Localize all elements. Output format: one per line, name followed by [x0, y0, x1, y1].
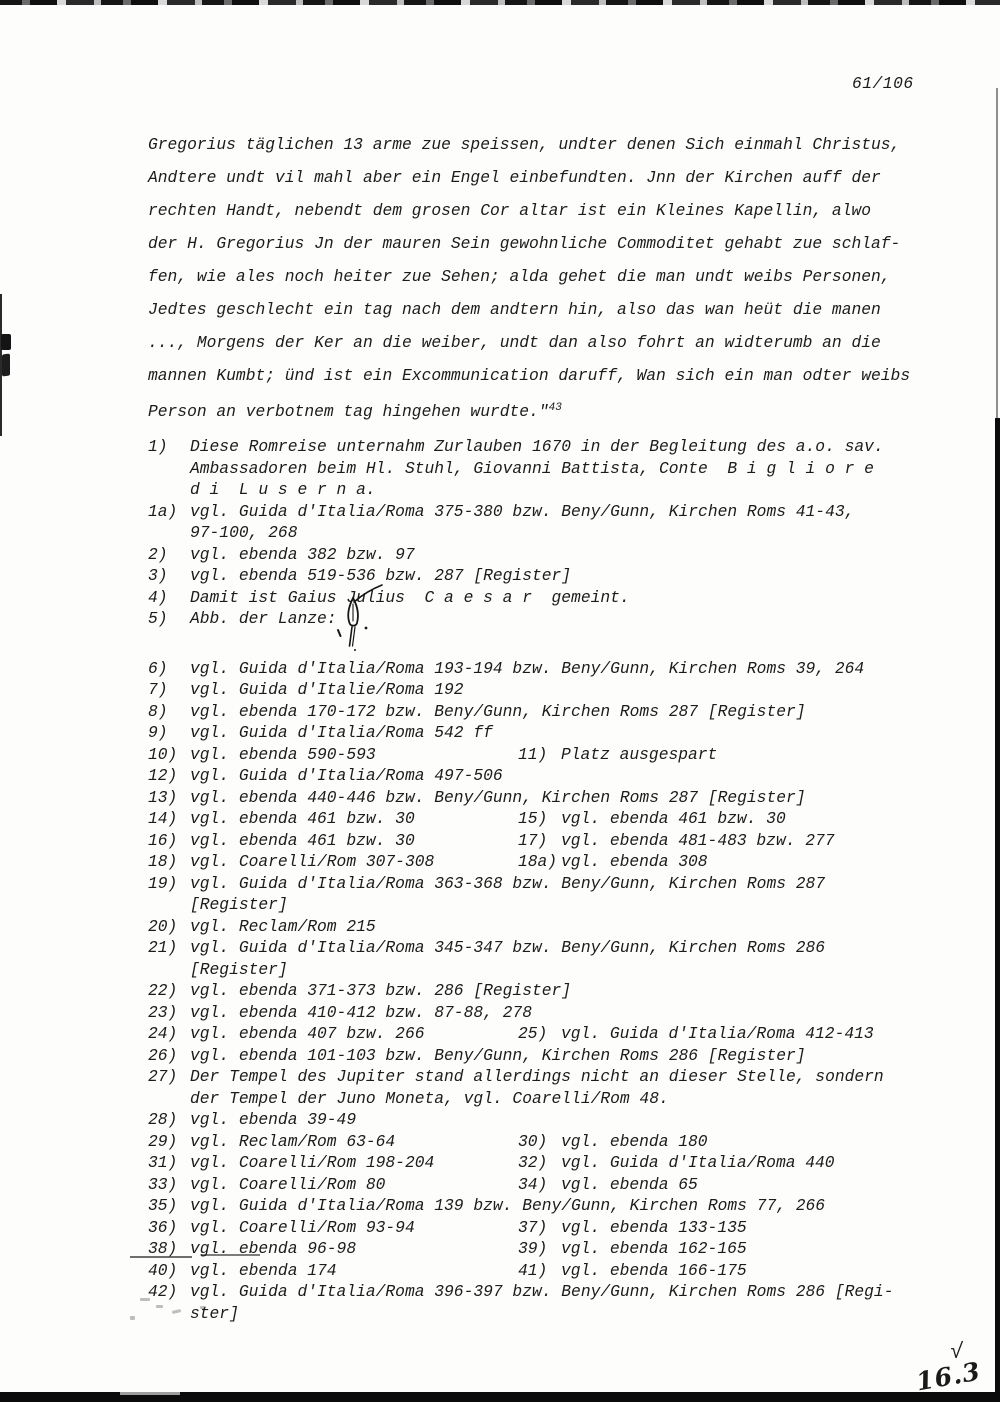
footnote-row: 27)Der Tempel des Jupiter stand allerdin…	[148, 1067, 968, 1089]
footnote-row: 24)vgl. ebenda 407 bzw. 26625)vgl. Guida…	[148, 1024, 968, 1046]
footnote-text: vgl. ebenda 461 bzw. 30	[561, 809, 786, 828]
footnote-text: vgl. ebenda 180	[561, 1132, 708, 1151]
footnote-number: 14)	[148, 809, 177, 828]
footnote-row: 8)vgl. ebenda 170-172 bzw. Beny/Gunn, Ki…	[148, 702, 968, 724]
footnote-number: 26)	[148, 1046, 177, 1065]
footnote-text: vgl. Guida d'Italia/Roma 412-413	[561, 1024, 874, 1043]
footnote-number: 18)	[148, 852, 177, 871]
footnote-number: 40)	[148, 1261, 177, 1280]
footnote-text: vgl. Guida d'Italia/Roma 363-368 bzw. Be…	[190, 874, 825, 893]
footnote-row: 14)vgl. ebenda 461 bzw. 3015)vgl. ebenda…	[148, 809, 968, 831]
footnote-number: 2)	[148, 545, 168, 564]
footnote-text: vgl. ebenda 133-135	[561, 1218, 747, 1237]
scan-artifact	[130, 1316, 135, 1320]
quote-line: Gregorius täglichen 13 arme zue speissen…	[148, 128, 948, 161]
footnote-row: 9)vgl. Guida d'Italia/Roma 542 ff	[148, 723, 968, 745]
footnote-row: 7)vgl. Guida d'Italie/Roma 192	[148, 680, 968, 702]
footnote-reference: 43	[549, 402, 562, 414]
footnote-row: Ambassadoren beim Hl. Stuhl, Giovanni Ba…	[148, 459, 968, 481]
footnote-row: 12)vgl. Guida d'Italia/Roma 497-506	[148, 766, 968, 788]
footnote-text: vgl. ebenda 371-373 bzw. 286 [Register]	[190, 981, 571, 1000]
footnote-row: d i L u s e r n a.	[148, 480, 968, 502]
quote-line: Jedtes geschlecht ein tag nach dem andte…	[148, 293, 948, 326]
footnote-text: 97-100, 268	[190, 523, 297, 542]
quote-line: Person an verbotnem tag hingehen wurdte.…	[148, 392, 948, 425]
footnote-number: 17)	[518, 831, 547, 850]
footnote-number: 30)	[518, 1132, 547, 1151]
footnote-row: 38)vgl. ebenda 96-9839)vgl. ebenda 162-1…	[148, 1239, 968, 1261]
footnote-row: 13)vgl. ebenda 440-446 bzw. Beny/Gunn, K…	[148, 788, 968, 810]
footnote-row: 97-100, 268	[148, 523, 968, 545]
footnote-text: d i L u s e r n a.	[190, 480, 376, 499]
footnote-number: 32)	[518, 1153, 547, 1172]
quote-line: Andtere undt vil mahl aber ein Engel ein…	[148, 161, 948, 194]
footnote-text: vgl. Reclam/Rom 63-64	[190, 1132, 395, 1151]
footnote-text: vgl. ebenda 519-536 bzw. 287 [Register]	[190, 566, 571, 585]
footnote-number: 42)	[148, 1282, 177, 1301]
footnote-number: 8)	[148, 702, 168, 721]
footnote-number: 24)	[148, 1024, 177, 1043]
footnote-row: der Tempel der Juno Moneta, vgl. Coarell…	[148, 1089, 968, 1111]
footnote-text: vgl. Coarelli/Rom 198-204	[190, 1153, 434, 1172]
footnote-number: 3)	[148, 566, 168, 585]
scan-bottom-edge-artifact	[0, 1392, 1000, 1402]
footnote-row: 19)vgl. Guida d'Italia/Roma 363-368 bzw.…	[148, 874, 968, 896]
footnote-row: 28)vgl. ebenda 39-49	[148, 1110, 968, 1132]
footnote-text: vgl. Guida d'Italia/Roma 345-347 bzw. Be…	[190, 938, 825, 957]
quote-line: fen, wie ales noch heiter zue Sehen; ald…	[148, 260, 948, 293]
footnote-text: vgl. ebenda 174	[190, 1261, 337, 1280]
footnote-text: Ambassadoren beim Hl. Stuhl, Giovanni Ba…	[190, 459, 874, 478]
footnote-text: Platz ausgespart	[561, 745, 717, 764]
footnote-text: vgl. ebenda 39-49	[190, 1110, 356, 1129]
footnote-row: 10)vgl. ebenda 590-59311)Platz ausgespar…	[148, 745, 968, 767]
footnote-text: vgl. ebenda 96-98	[190, 1239, 356, 1258]
footnote-row: 22)vgl. ebenda 371-373 bzw. 286 [Registe…	[148, 981, 968, 1003]
footnote-number: 38)	[148, 1239, 177, 1258]
footnote-text: vgl. Guida d'Italia/Roma 440	[561, 1153, 835, 1172]
footnote-row: 16)vgl. ebenda 461 bzw. 3017)vgl. ebenda…	[148, 831, 968, 853]
footnotes-list: 1)Diese Romreise unternahm Zurlauben 167…	[148, 437, 968, 1325]
footnote-row: 18)vgl. Coarelli/Rom 307-30818a)vgl. ebe…	[148, 852, 968, 874]
footnote-text: vgl. Guida d'Italie/Roma 192	[190, 680, 464, 699]
footnote-number: 39)	[518, 1239, 547, 1258]
footnote-row: ster]	[148, 1304, 968, 1326]
footnote-number: 16)	[148, 831, 177, 850]
footnote-number: 22)	[148, 981, 177, 1000]
footnote-number: 33)	[148, 1175, 177, 1194]
footnote-text: vgl. ebenda 461 bzw. 30	[190, 831, 415, 850]
footnote-number: 1a)	[148, 502, 177, 521]
footnote-text: vgl. Guida d'Italia/Roma 396-397 bzw. Be…	[190, 1282, 893, 1301]
footnote-text: vgl. ebenda 101-103 bzw. Beny/Gunn, Kirc…	[190, 1046, 806, 1065]
quote-line: mannen Kumbt; ünd ist ein Excommunicatio…	[148, 359, 948, 392]
scan-right-edge-artifact	[995, 418, 1000, 1402]
footnote-number: 10)	[148, 745, 177, 764]
footnote-row: 6)vgl. Guida d'Italia/Roma 193-194 bzw. …	[148, 659, 968, 681]
footnote-text: vgl. Guida d'Italia/Roma 375-380 bzw. Be…	[190, 502, 854, 521]
footnote-text: Der Tempel des Jupiter stand allerdings …	[190, 1067, 884, 1086]
footnote-row: 29)vgl. Reclam/Rom 63-6430)vgl. ebenda 1…	[148, 1132, 968, 1154]
footnote-number: 1)	[148, 437, 168, 456]
footnote-number: 23)	[148, 1003, 177, 1022]
footnote-number: 12)	[148, 766, 177, 785]
footnote-number: 25)	[518, 1024, 547, 1043]
footnote-text: vgl. Coarelli/Rom 93-94	[190, 1218, 415, 1237]
scan-left-blob-artifact	[2, 353, 10, 376]
footnote-text: vgl. Guida d'Italia/Roma 193-194 bzw. Be…	[190, 659, 864, 678]
footnote-text: vgl. ebenda 170-172 bzw. Beny/Gunn, Kirc…	[190, 702, 806, 721]
footnote-text: vgl. ebenda 481-483 bzw. 277	[561, 831, 835, 850]
footnote-text: [Register]	[190, 895, 288, 914]
footnote-row: 40)vgl. ebenda 17441)vgl. ebenda 166-175	[148, 1261, 968, 1283]
footnote-text: ster]	[190, 1304, 239, 1323]
scan-right-edge-artifact	[996, 88, 998, 420]
footnote-text: Abb. der Lanze:	[190, 609, 337, 628]
footnote-number: 13)	[148, 788, 177, 807]
footnote-row: [Register]	[148, 895, 968, 917]
footnote-number: 11)	[518, 745, 547, 764]
footnote-number: 18a)	[518, 852, 557, 871]
footnote-number: 4)	[148, 588, 168, 607]
quote-line: der H. Gregorius Jn der mauren Sein gewo…	[148, 227, 948, 260]
footnote-row: 1)Diese Romreise unternahm Zurlauben 167…	[148, 437, 968, 459]
footnote-text: vgl. ebenda 65	[561, 1175, 698, 1194]
quote-block: Gregorius täglichen 13 arme zue speissen…	[148, 128, 948, 425]
footnote-number: 9)	[148, 723, 168, 742]
footnote-text: vgl. ebenda 308	[561, 852, 708, 871]
footnote-text: vgl. Guida d'Italia/Roma 497-506	[190, 766, 503, 785]
footnote-text: vgl. ebenda 590-593	[190, 745, 376, 764]
footnote-row: 3)vgl. ebenda 519-536 bzw. 287 [Register…	[148, 566, 968, 588]
footnote-text: vgl. Guida d'Italia/Roma 139 bzw. Beny/G…	[190, 1196, 825, 1215]
footnote-row: 36)vgl. Coarelli/Rom 93-9437)vgl. ebenda…	[148, 1218, 968, 1240]
footnote-text: vgl. ebenda 440-446 bzw. Beny/Gunn, Kirc…	[190, 788, 806, 807]
footnote-number: 29)	[148, 1132, 177, 1151]
footnote-text: [Register]	[190, 960, 288, 979]
scan-left-blob-artifact	[1, 334, 11, 350]
footnote-row: 31)vgl. Coarelli/Rom 198-20432)vgl. Guid…	[148, 1153, 968, 1175]
footnote-number: 28)	[148, 1110, 177, 1129]
footnote-text: vgl. Guida d'Italia/Roma 542 ff	[190, 723, 493, 742]
footnote-number: 34)	[518, 1175, 547, 1194]
footnote-text: Damit ist Gaius Julius C a e s a r gemei…	[190, 588, 630, 607]
footnote-text: vgl. ebenda 162-165	[561, 1239, 747, 1258]
footnote-text: vgl. ebenda 166-175	[561, 1261, 747, 1280]
footnote-text: vgl. ebenda 407 bzw. 266	[190, 1024, 425, 1043]
footnote-text: der Tempel der Juno Moneta, vgl. Coarell…	[190, 1089, 669, 1108]
footnote-number: 37)	[518, 1218, 547, 1237]
footnote-row: 1a)vgl. Guida d'Italia/Roma 375-380 bzw.…	[148, 502, 968, 524]
page-number: 61/106	[852, 74, 914, 93]
footnote-row: 35)vgl. Guida d'Italia/Roma 139 bzw. Ben…	[148, 1196, 968, 1218]
footnote-text: vgl. ebenda 410-412 bzw. 87-88, 278	[190, 1003, 532, 1022]
scanned-document-page: 61/106 Gregorius täglichen 13 arme zue s…	[0, 0, 1000, 1402]
footnote-row: 42)vgl. Guida d'Italia/Roma 396-397 bzw.…	[148, 1282, 968, 1304]
footnote-row: 21)vgl. Guida d'Italia/Roma 345-347 bzw.…	[148, 938, 968, 960]
footnote-row: 20)vgl. Reclam/Rom 215	[148, 917, 968, 939]
footnote-text: Diese Romreise unternahm Zurlauben 1670 …	[190, 437, 884, 456]
quote-line: rechten Handt, nebendt dem grosen Cor al…	[148, 194, 948, 227]
handwritten-annotation: 16.3	[914, 1357, 983, 1397]
quote-line: ..., Morgens der Ker an die weiber, undt…	[148, 326, 948, 359]
footnote-number: 19)	[148, 874, 177, 893]
footnote-text: vgl. ebenda 382 bzw. 97	[190, 545, 415, 564]
footnote-row: 23)vgl. ebenda 410-412 bzw. 87-88, 278	[148, 1003, 968, 1025]
footnote-row: [Register]	[148, 960, 968, 982]
footnote-text: vgl. ebenda 461 bzw. 30	[190, 809, 415, 828]
footnote-number: 15)	[518, 809, 547, 828]
footnote-number: 20)	[148, 917, 177, 936]
footnote-number: 7)	[148, 680, 168, 699]
footnote-row: 2)vgl. ebenda 382 bzw. 97	[148, 545, 968, 567]
footnote-number: 5)	[148, 609, 168, 628]
footnote-text: vgl. Reclam/Rom 215	[190, 917, 376, 936]
footnote-text: vgl. Coarelli/Rom 80	[190, 1175, 385, 1194]
lance-sketch	[332, 584, 384, 652]
footnote-number: 31)	[148, 1153, 177, 1172]
footnote-row: 4)Damit ist Gaius Julius C a e s a r gem…	[148, 588, 968, 610]
footnote-number: 6)	[148, 659, 168, 678]
footnote-number: 21)	[148, 938, 177, 957]
footnote-text: vgl. Coarelli/Rom 307-308	[190, 852, 434, 871]
footnote-number: 35)	[148, 1196, 177, 1215]
footnote-number: 27)	[148, 1067, 177, 1086]
footnote-row: 5)Abb. der Lanze:	[148, 609, 968, 631]
footnote-row: 33)vgl. Coarelli/Rom 8034)vgl. ebenda 65	[148, 1175, 968, 1197]
footnote-number: 41)	[518, 1261, 547, 1280]
scan-top-edge-artifact	[0, 0, 1000, 5]
footnote-row: 26)vgl. ebenda 101-103 bzw. Beny/Gunn, K…	[148, 1046, 968, 1068]
footnote-number: 36)	[148, 1218, 177, 1237]
